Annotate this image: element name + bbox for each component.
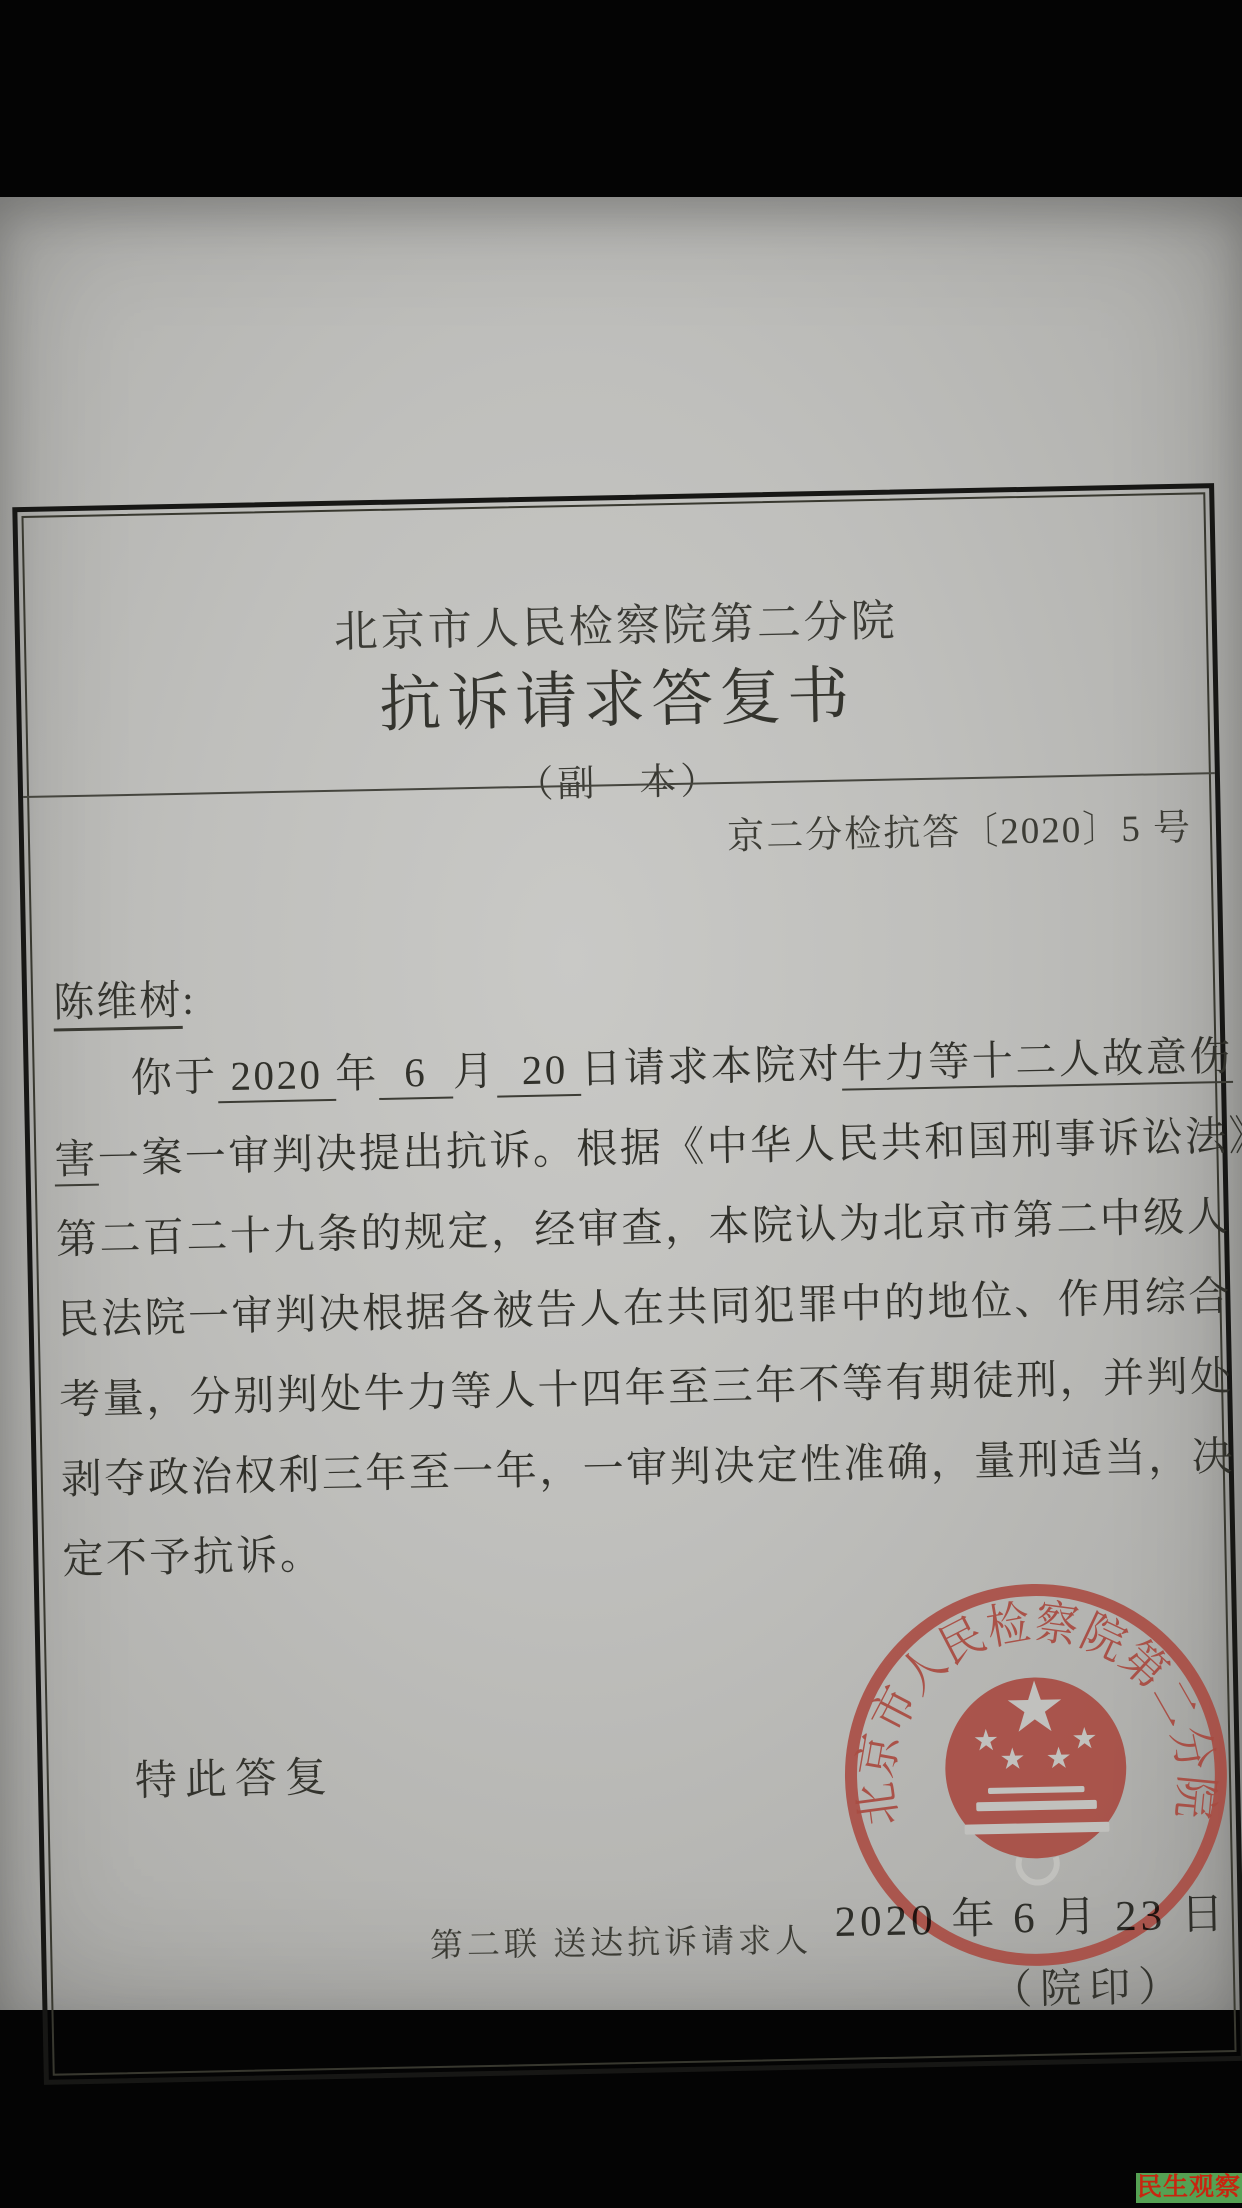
addressee-line: 陈维树: bbox=[53, 967, 197, 1029]
plain-text: 民法院一审判决根据各被告人在共同犯罪中的地位、作用综合 bbox=[57, 1273, 1232, 1343]
plain-text: 剥夺政治权利三年至一年，一审判决定性准确，量刑适当，决 bbox=[60, 1433, 1235, 1503]
underlined-text: 害 bbox=[54, 1136, 98, 1187]
underlined-text: 牛力等十二人故意伤 bbox=[841, 1033, 1233, 1091]
plain-text: 你于 bbox=[130, 1053, 218, 1101]
body-text: 你于 2020 年 6 月 20 日请求本院对牛力等十二人故意伤害一案一审判决提… bbox=[52, 1016, 1211, 1599]
plain-text: 日请求本院对 bbox=[580, 1041, 842, 1092]
closing-phrase: 特此答复 bbox=[134, 1744, 335, 1808]
plain-text: 月 bbox=[452, 1048, 496, 1095]
underlined-text: 20 bbox=[496, 1046, 581, 1098]
watermark-label: 民生观察 bbox=[1136, 2173, 1242, 2203]
plain-text: 第二百二十九条的规定，经审查，本院认为北京市第二中级人 bbox=[56, 1193, 1231, 1263]
plain-text: 一案一审判决提出抗诉。根据《中华人民共和国刑事诉讼法》 bbox=[97, 1112, 1242, 1182]
addressee-name: 陈维树 bbox=[53, 977, 183, 1032]
seal-national-emblem bbox=[944, 1676, 1129, 1885]
addressee-colon: : bbox=[182, 977, 196, 1023]
screenshot-root: 北京市人民检察院第二分院 抗诉请求答复书 （副 本） 京二分检抗答〔2020〕5… bbox=[0, 0, 1242, 2208]
document-border-frame: 北京市人民检察院第二分院 抗诉请求答复书 （副 本） 京二分检抗答〔2020〕5… bbox=[12, 483, 1242, 2085]
document-photo-paper: 北京市人民检察院第二分院 抗诉请求答复书 （副 本） 京二分检抗答〔2020〕5… bbox=[0, 197, 1242, 2010]
plain-text: 年 bbox=[335, 1050, 379, 1097]
plain-text: 定不予抗诉。 bbox=[62, 1531, 324, 1582]
underlined-text: 6 bbox=[378, 1049, 453, 1100]
plain-text: 考量，分别判处牛力等人十四年至三年不等有期徒刑，并判处 bbox=[59, 1353, 1234, 1423]
emblem-gear-arc bbox=[1018, 1857, 1057, 1883]
underlined-text: 2020 bbox=[217, 1051, 335, 1103]
